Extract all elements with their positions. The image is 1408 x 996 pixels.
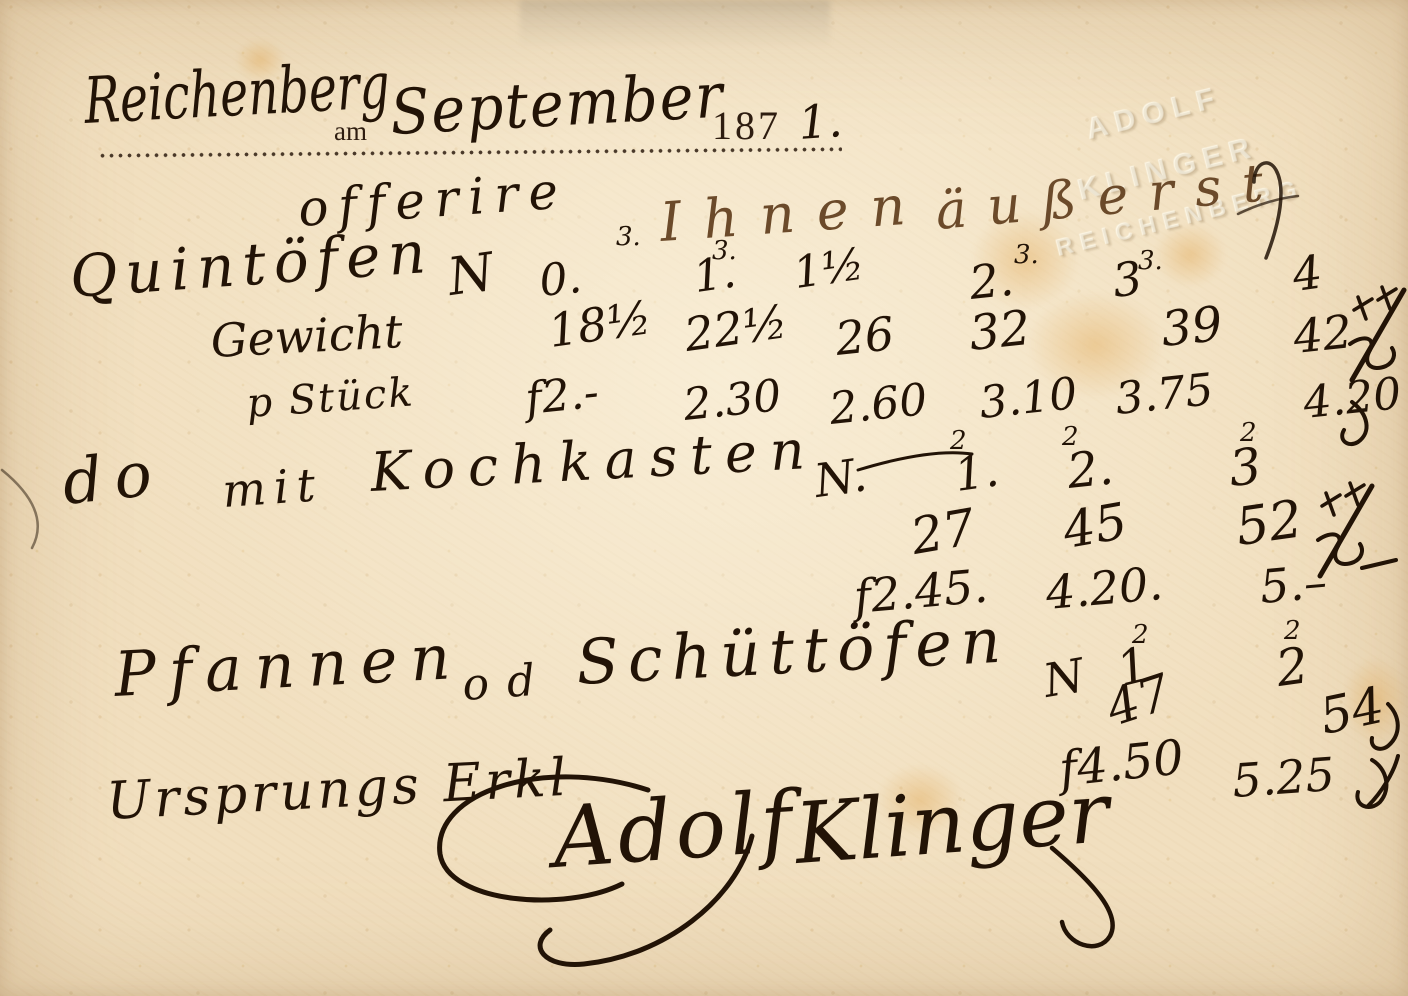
price-label: p Stück	[245, 372, 416, 424]
size-value: 0.	[537, 256, 583, 304]
price-value: 5.–	[1258, 558, 1329, 610]
price-value: f2.-	[523, 371, 600, 422]
weight-value: 26	[833, 310, 896, 362]
pound-mark	[1320, 486, 1372, 576]
weight-value: 27	[907, 502, 978, 562]
qty-mark: 3.	[616, 224, 641, 250]
weight-value: 32	[967, 304, 1033, 358]
weight-label: Gewicht	[210, 308, 404, 364]
number-label: N	[1040, 652, 1088, 704]
size-value: 3	[1110, 254, 1145, 304]
size-value: 1½	[791, 243, 867, 296]
number-label: N.	[812, 451, 870, 504]
price-value: 2.60	[827, 378, 929, 432]
weight-value: 39	[1159, 300, 1225, 354]
weight-value: 45	[1059, 496, 1130, 556]
pound-mark	[1352, 290, 1404, 380]
dateline-year-digit: 1.	[797, 97, 844, 146]
scan-smudge	[520, 0, 830, 48]
pound-mark-squiggle	[1350, 338, 1394, 368]
handwritten-postcard: ADOLF KLINGER REICHENBERG Reichenberg am…	[0, 0, 1408, 996]
size-value: 2	[1273, 640, 1311, 694]
margin-stroke	[2, 470, 38, 548]
price-value: 3.10	[977, 372, 1079, 426]
signature-last-name: Klinger	[792, 770, 1111, 876]
product-name: Kochkasten	[369, 423, 819, 500]
weight-value: 22½	[682, 298, 791, 358]
dateline-month: September	[389, 65, 726, 144]
ditto-word: do	[60, 442, 167, 514]
weight-value: 42	[1291, 308, 1354, 360]
signature-first-name: Adolf	[550, 779, 798, 880]
qty-mark: 3.	[1138, 248, 1163, 274]
price-value: 4.20.	[1044, 560, 1165, 616]
offer-word-3: äußerst	[933, 156, 1286, 238]
number-label: N	[445, 246, 497, 304]
closing-phrase: Ursprungs Erkl	[105, 752, 571, 828]
price-value: 3.75	[1113, 368, 1215, 422]
size-value: 4	[1290, 248, 1325, 298]
word-od: od	[461, 658, 555, 708]
dateline-printed-am: am	[334, 118, 367, 145]
size-value: 1.	[952, 446, 1002, 498]
weight-value: 47	[1101, 667, 1177, 734]
price-tail-flourish	[1357, 756, 1398, 807]
word-mit: mit	[221, 461, 325, 514]
dateline-dotted-rule	[98, 147, 842, 158]
product-name: Quintöfen	[68, 223, 435, 306]
product-name: Pfannen	[113, 626, 465, 706]
size-value: 2.	[1065, 443, 1116, 496]
price-value: 5.25	[1231, 751, 1336, 804]
weight-value: 18½	[546, 294, 655, 354]
pound-mark-crosses	[1322, 483, 1364, 515]
offer-word-2: Ihnen	[658, 177, 929, 250]
pound-mark-crosses	[1354, 287, 1396, 319]
size-value: 3	[1227, 441, 1264, 494]
weight-value: 52	[1233, 493, 1306, 554]
pound-mark-squiggle	[1318, 534, 1396, 568]
size-value: 2.	[967, 256, 1015, 306]
weight-value: 54	[1316, 680, 1389, 742]
qty-mark: 3.	[1014, 242, 1039, 268]
product-name: Schüttöfen	[575, 609, 1011, 694]
size-value: 1.	[691, 251, 739, 300]
dateline-printed-year: 187	[712, 106, 781, 146]
price-value: 4.20	[1301, 372, 1403, 426]
